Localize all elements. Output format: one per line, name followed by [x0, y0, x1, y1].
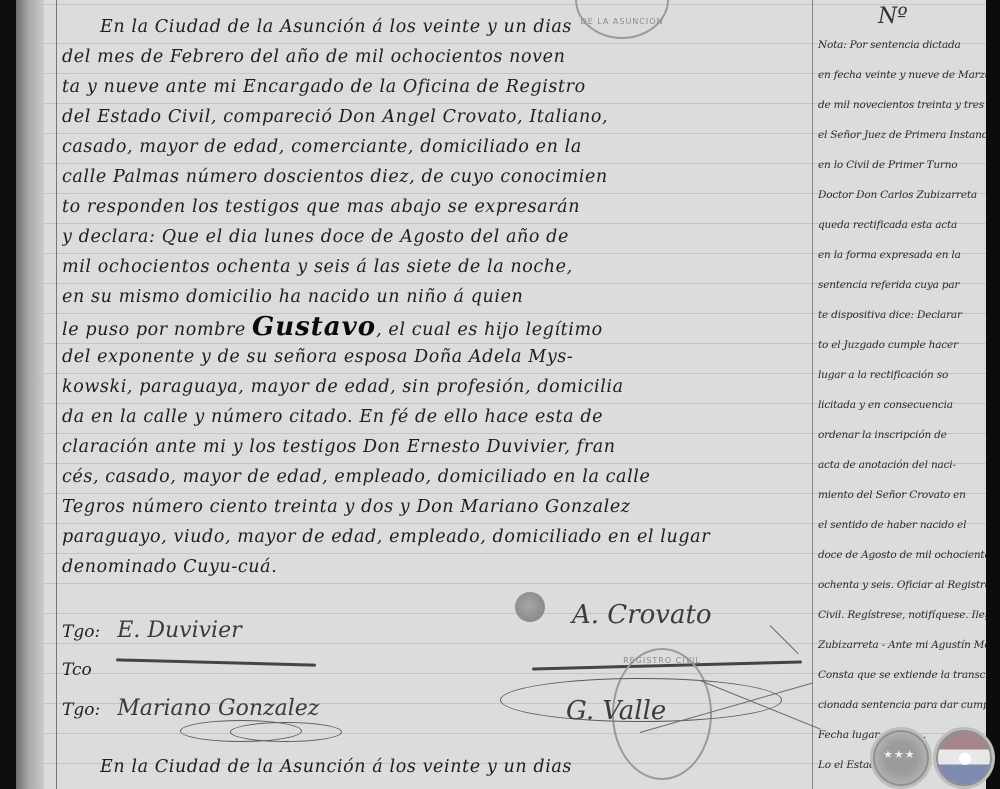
record-line: del Estado Civil, compareció Don Angel C…: [62, 102, 806, 132]
margin-annotation: Nº Nota: Por sentencia dictada en fecha …: [818, 4, 986, 780]
note-line: Zubizarreta - Ante mi Agustín Morales: [818, 630, 986, 660]
record-line-child-name: le puso por nombre Gustavo, el cual es h…: [62, 312, 806, 342]
note-line: Consta que se extiende la transcripción …: [818, 660, 986, 690]
record-line: claración ante mi y los testigos Don Ern…: [62, 432, 806, 462]
note-line: Civil. Regístrese, notifíquese. Ilegible: [818, 600, 986, 630]
note-line: de mil novecientos treinta y tres por: [818, 90, 986, 120]
signature-text: G. Valle: [566, 696, 666, 726]
interlined-mark: Tco: [62, 660, 92, 680]
stars-icon: ★★★: [883, 748, 916, 761]
record-line: mil ochocientos ochenta y seis á las sie…: [62, 252, 806, 282]
map-icon: ●: [958, 748, 972, 767]
record-line: del exponente y de su señora esposa Doña…: [62, 342, 806, 372]
note-line: queda rectificada esta acta: [818, 210, 986, 240]
note-line: en la forma expresada en la: [818, 240, 986, 270]
note-line: cionada sentencia para dar cumplimiento: [818, 690, 986, 720]
left-margin-rule: [56, 0, 57, 789]
declarant-signature: A. Crovato: [572, 600, 712, 630]
note-line: el sentido de haber nacido el: [818, 510, 986, 540]
note-line: to el Juzgado cumple hacer: [818, 330, 986, 360]
ink-blot: [515, 592, 545, 622]
witness-1: Tgo: E. Duvivier: [62, 618, 242, 643]
record-line: casado, mayor de edad, comerciante, domi…: [62, 132, 806, 162]
witness-signature: Mariano Gonzalez: [117, 696, 319, 721]
note-number: Nº: [818, 4, 986, 30]
next-record: En la Ciudad de la Asunción á los veinte…: [62, 752, 806, 782]
witness-label: Tgo:: [62, 700, 100, 720]
note-line: Doctor Don Carlos Zubizarreta: [818, 180, 986, 210]
record-line: y declara: Que el dia lunes doce de Agos…: [62, 222, 806, 252]
archive-seal-flag: ●: [933, 727, 995, 789]
note-line: en lo Civil de Primer Turno: [818, 150, 986, 180]
note-line: el Señor Juez de Primera Instancia: [818, 120, 986, 150]
note-line: ochenta y seis. Oficiar al Registro: [818, 570, 986, 600]
note-line: te dispositiva dice: Declarar: [818, 300, 986, 330]
note-line: Nota: Por sentencia dictada: [818, 30, 986, 60]
record-line: Tegros número ciento treinta y dos y Don…: [62, 492, 806, 522]
note-line: en fecha veinte y nueve de Marzo: [818, 60, 986, 90]
margin-note-rule: [812, 0, 813, 789]
record-line: en su mismo domicilio ha nacido un niño …: [62, 282, 806, 312]
witness-label: Tgo:: [62, 622, 100, 642]
archive-seal-stars: ★★★: [870, 727, 932, 789]
note-line: licitada y en consecuencia: [818, 390, 986, 420]
record-line: paraguayo, viudo, mayor de edad, emplead…: [62, 522, 806, 552]
record-line: En la Ciudad de la Asunción á los veinte…: [62, 12, 806, 42]
witness-signature: E. Duvivier: [117, 618, 241, 643]
birth-record-body: En la Ciudad de la Asunción á los veinte…: [62, 12, 806, 582]
witness-2: Tgo: Mariano Gonzalez: [62, 696, 319, 721]
record-line: denominado Cuyu-cuá.: [62, 552, 806, 582]
note-line: acta de anotación del naci-: [818, 450, 986, 480]
signature-flourish: [230, 722, 342, 742]
note-line: doce de Agosto de mil ochocientos: [818, 540, 986, 570]
record-line: kowski, paraguaya, mayor de edad, sin pr…: [62, 372, 806, 402]
record-line: ta y nueve ante mi Encargado de la Ofici…: [62, 72, 806, 102]
scan-right-border: [986, 0, 1000, 789]
note-line: ordenar la inscripción de: [818, 420, 986, 450]
signature-text: A. Crovato: [572, 600, 712, 630]
record-line: En la Ciudad de la Asunción á los veinte…: [62, 752, 806, 782]
record-line: del mes de Febrero del año de mil ochoci…: [62, 42, 806, 72]
note-line: miento del Señor Crovato en: [818, 480, 986, 510]
scan-left-border: [0, 0, 16, 789]
note-line: sentencia referida cuya par: [818, 270, 986, 300]
record-text: le puso por nombre: [62, 320, 246, 340]
child-name: Gustavo: [252, 312, 376, 342]
record-line: calle Palmas número doscientos diez, de …: [62, 162, 806, 192]
record-text: , el cual es hijo legítimo: [376, 320, 603, 340]
interlined-text: Tco: [62, 660, 92, 680]
stamp-text: REGISTRO CIVIL: [614, 650, 710, 665]
note-line: lugar a la rectificación so: [818, 360, 986, 390]
record-line: da en la calle y número citado. En fé de…: [62, 402, 806, 432]
record-line: cés, casado, mayor de edad, empleado, do…: [62, 462, 806, 492]
registrar-signature: G. Valle: [566, 696, 666, 726]
record-line: to responden los testigos que mas abajo …: [62, 192, 806, 222]
